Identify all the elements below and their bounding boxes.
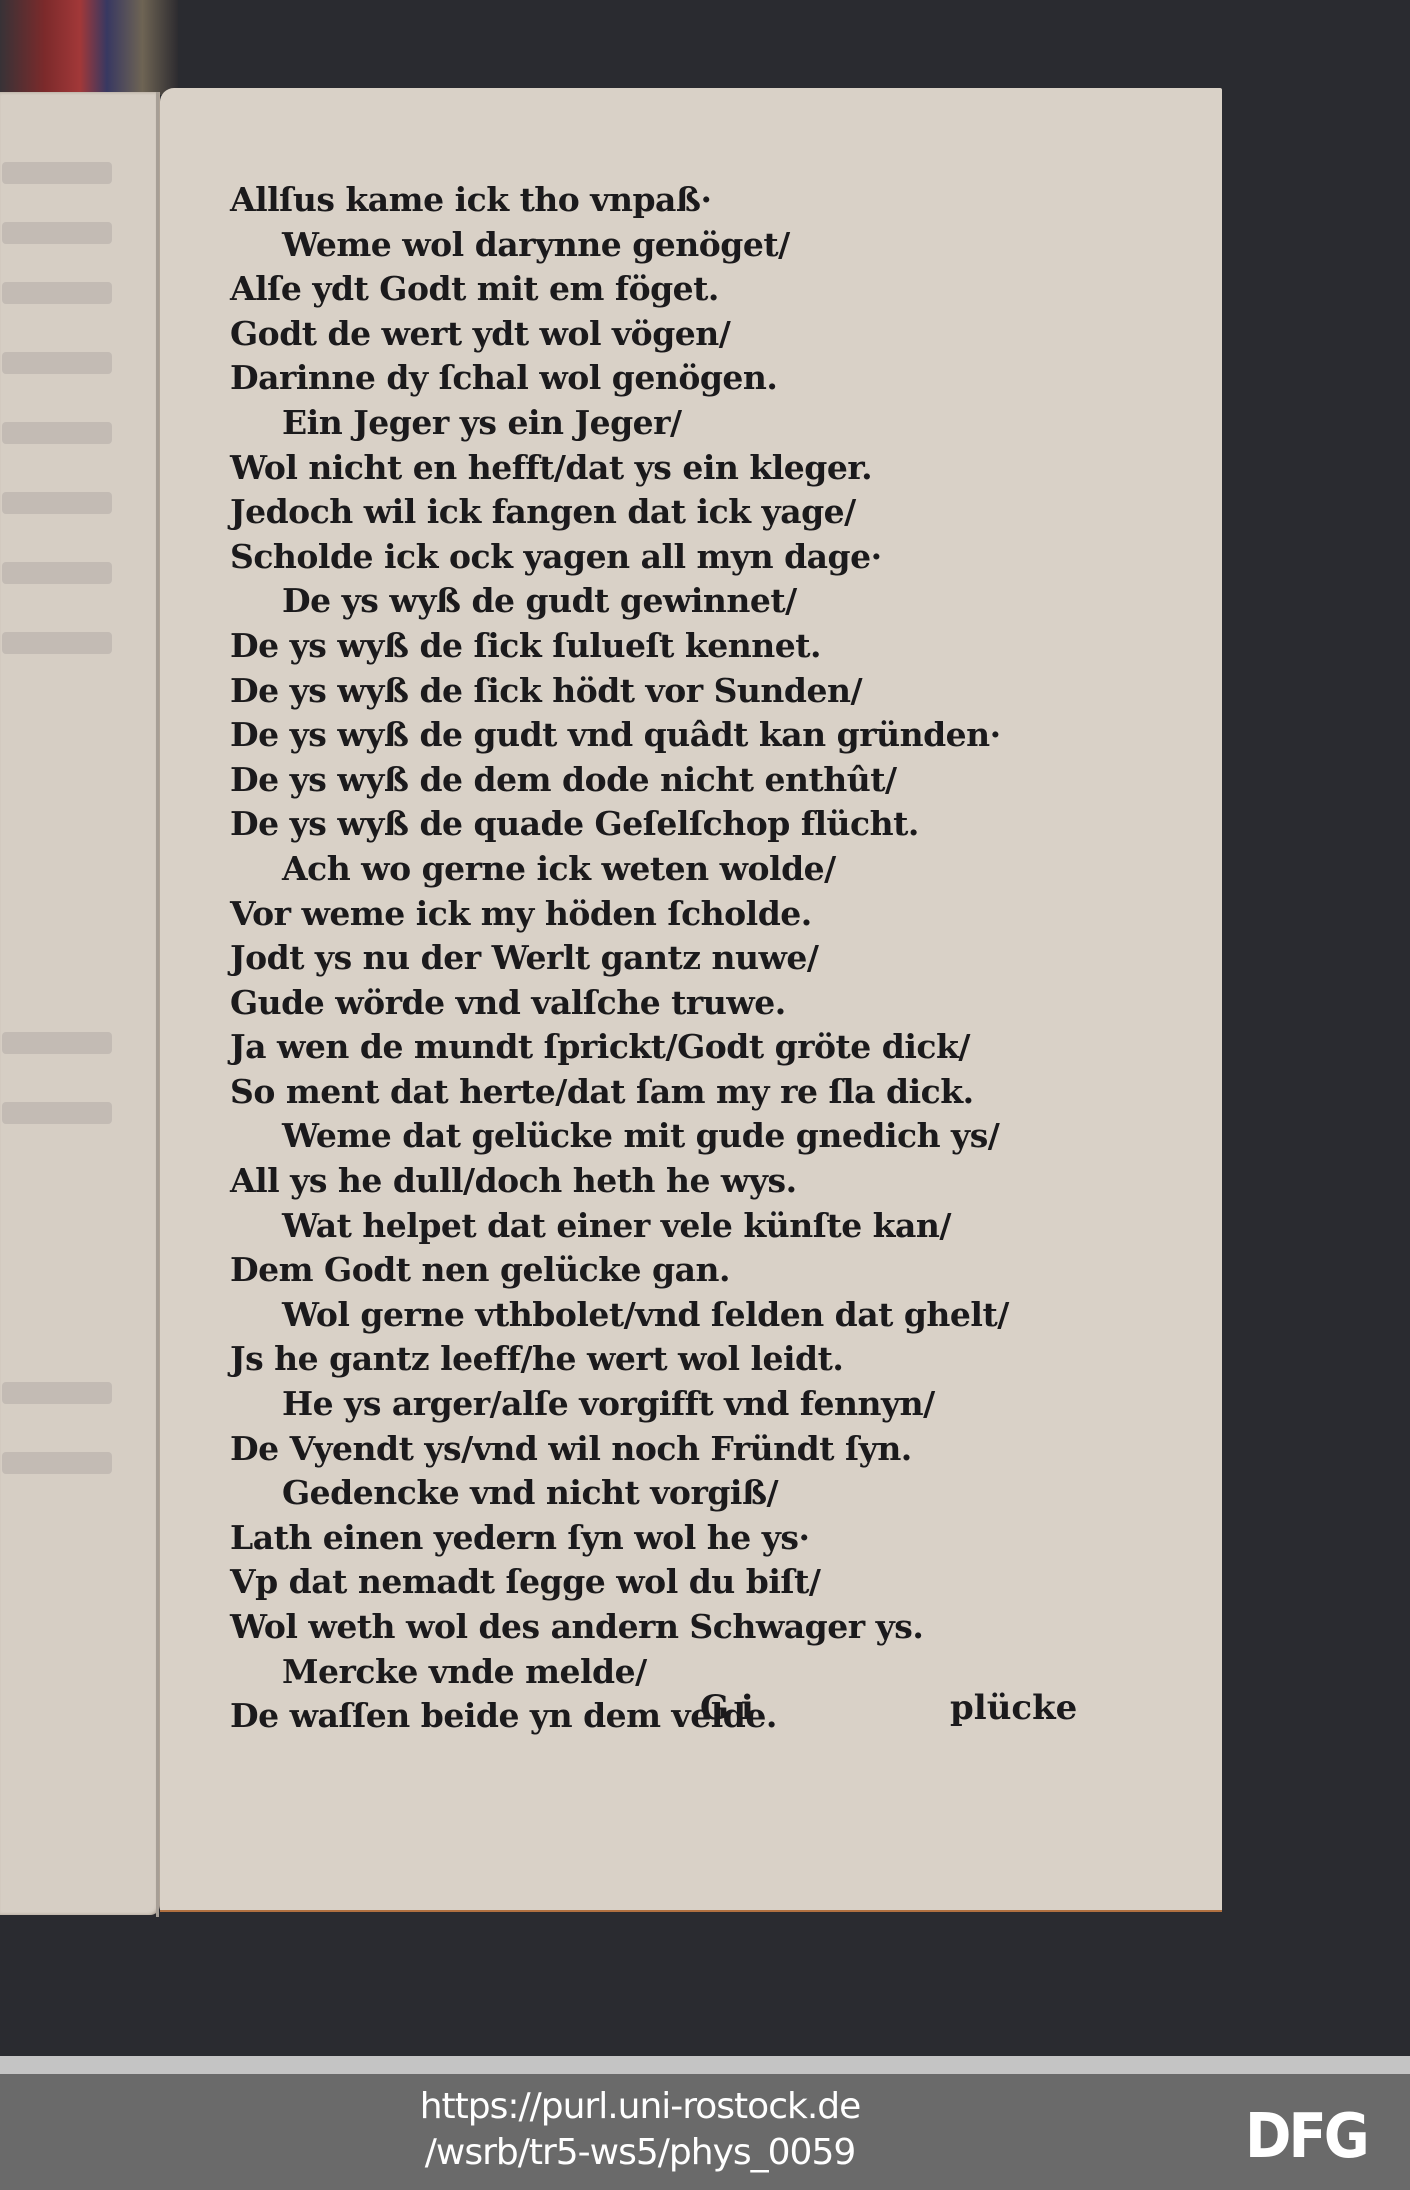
text-line: Gude wörde vnd valſche truwe. (230, 981, 1130, 1026)
bleed-through-mark (2, 222, 112, 244)
bleed-through-mark (2, 162, 112, 184)
text-line: Alſe ydt Godt mit em föget. (230, 267, 1130, 312)
text-line: Wol weth wol des andern Schwager ys. (230, 1605, 1130, 1650)
gutter-fold (156, 92, 159, 1917)
text-line: De ys wyß de ſick ſulueſt kennet. (230, 624, 1130, 669)
bleed-through-mark (2, 422, 112, 444)
bleed-through-mark (2, 352, 112, 374)
text-line: Godt de wert ydt wol vögen/ (230, 312, 1130, 357)
bleed-through-mark (2, 632, 112, 654)
book-binding (0, 0, 178, 95)
left-page-edge (0, 92, 160, 1915)
text-line: Darinne dy ſchal wol genögen. (230, 356, 1130, 401)
text-line: De ys wyß de dem dode nicht enthût/ (230, 758, 1130, 803)
text-line: All ys he dull/doch heth he wys. (230, 1159, 1130, 1204)
permalink-line-1[interactable]: https://purl.uni-rostock.de (360, 2084, 920, 2130)
text-line: He ys arger/alſe vorgifft vnd fennyn/ (230, 1382, 1130, 1427)
signature-mark: G i (700, 1688, 754, 1728)
text-line: De ys wyß de gudt gewinnet/ (230, 579, 1130, 624)
text-line: Vor weme ick my höden ſcholde. (230, 892, 1130, 937)
text-line: Weme dat gelücke mit gude gnedich ys/ (230, 1114, 1130, 1159)
permalink[interactable]: https://purl.uni-rostock.de /wsrb/tr5-ws… (360, 2084, 920, 2176)
text-line: De ys wyß de gudt vnd quâdt kan gründen· (230, 713, 1130, 758)
text-line: De ys wyß de quade Geſelſchop flücht. (230, 802, 1130, 847)
text-line: Allſus kame ick tho vnpaß· (230, 178, 1130, 223)
dfg-logo-icon: DFG (1245, 2101, 1367, 2173)
text-line: De ys wyß de ſick hödt vor Sunden/ (230, 669, 1130, 714)
permalink-line-2[interactable]: /wsrb/tr5-ws5/phys_0059 (360, 2130, 920, 2176)
text-line: Gedencke vnd nicht vorgiß/ (230, 1471, 1130, 1516)
text-line: Wol nicht en hefft/dat ys ein kleger. (230, 446, 1130, 491)
text-line: Ja wen de mundt ſprickt/Godt gröte dick/ (230, 1025, 1130, 1070)
page-text: Allſus kame ick tho vnpaß· Weme wol dary… (230, 178, 1130, 1739)
text-line: Weme wol darynne genöget/ (230, 223, 1130, 268)
text-line: Vp dat nemadt ſegge wol du biſt/ (230, 1560, 1130, 1605)
text-line: Scholde ick ock yagen all myn dage· (230, 535, 1130, 580)
bleed-through-mark (2, 1102, 112, 1124)
bleed-through-mark (2, 492, 112, 514)
catchword: plücke (950, 1688, 1077, 1728)
text-line: Jedoch wil ick fangen dat ick yage/ (230, 490, 1130, 535)
text-line: Lath einen yedern ſyn wol he ys· (230, 1516, 1130, 1561)
bleed-through-mark (2, 1032, 112, 1054)
bleed-through-mark (2, 282, 112, 304)
footer: https://purl.uni-rostock.de /wsrb/tr5-ws… (0, 2074, 1410, 2190)
text-line: De Vyendt ys/vnd wil noch Fründt ſyn. (230, 1427, 1130, 1472)
text-line: Js he gantz leeff/he wert wol leidt. (230, 1337, 1130, 1382)
text-line: Dem Godt nen gelücke gan. (230, 1248, 1130, 1293)
text-line: Jodt ys nu der Werlt gantz nuwe/ (230, 936, 1130, 981)
text-line: Wol gerne vthbolet/vnd ſelden dat ghelt/ (230, 1293, 1130, 1338)
text-line: Ein Jeger ys ein Jeger/ (230, 401, 1130, 446)
scan-image: Allſus kame ick tho vnpaß· Weme wol dary… (0, 0, 1410, 2056)
text-line: Wat helpet dat einer vele künſte kan/ (230, 1204, 1130, 1249)
text-line: So ment dat herte/dat ſam my re ſla dick… (230, 1070, 1130, 1115)
footer-divider (0, 2056, 1410, 2074)
bleed-through-mark (2, 1382, 112, 1404)
bleed-through-mark (2, 1452, 112, 1474)
text-line: Ach wo gerne ick weten wolde/ (230, 847, 1130, 892)
bleed-through-mark (2, 562, 112, 584)
